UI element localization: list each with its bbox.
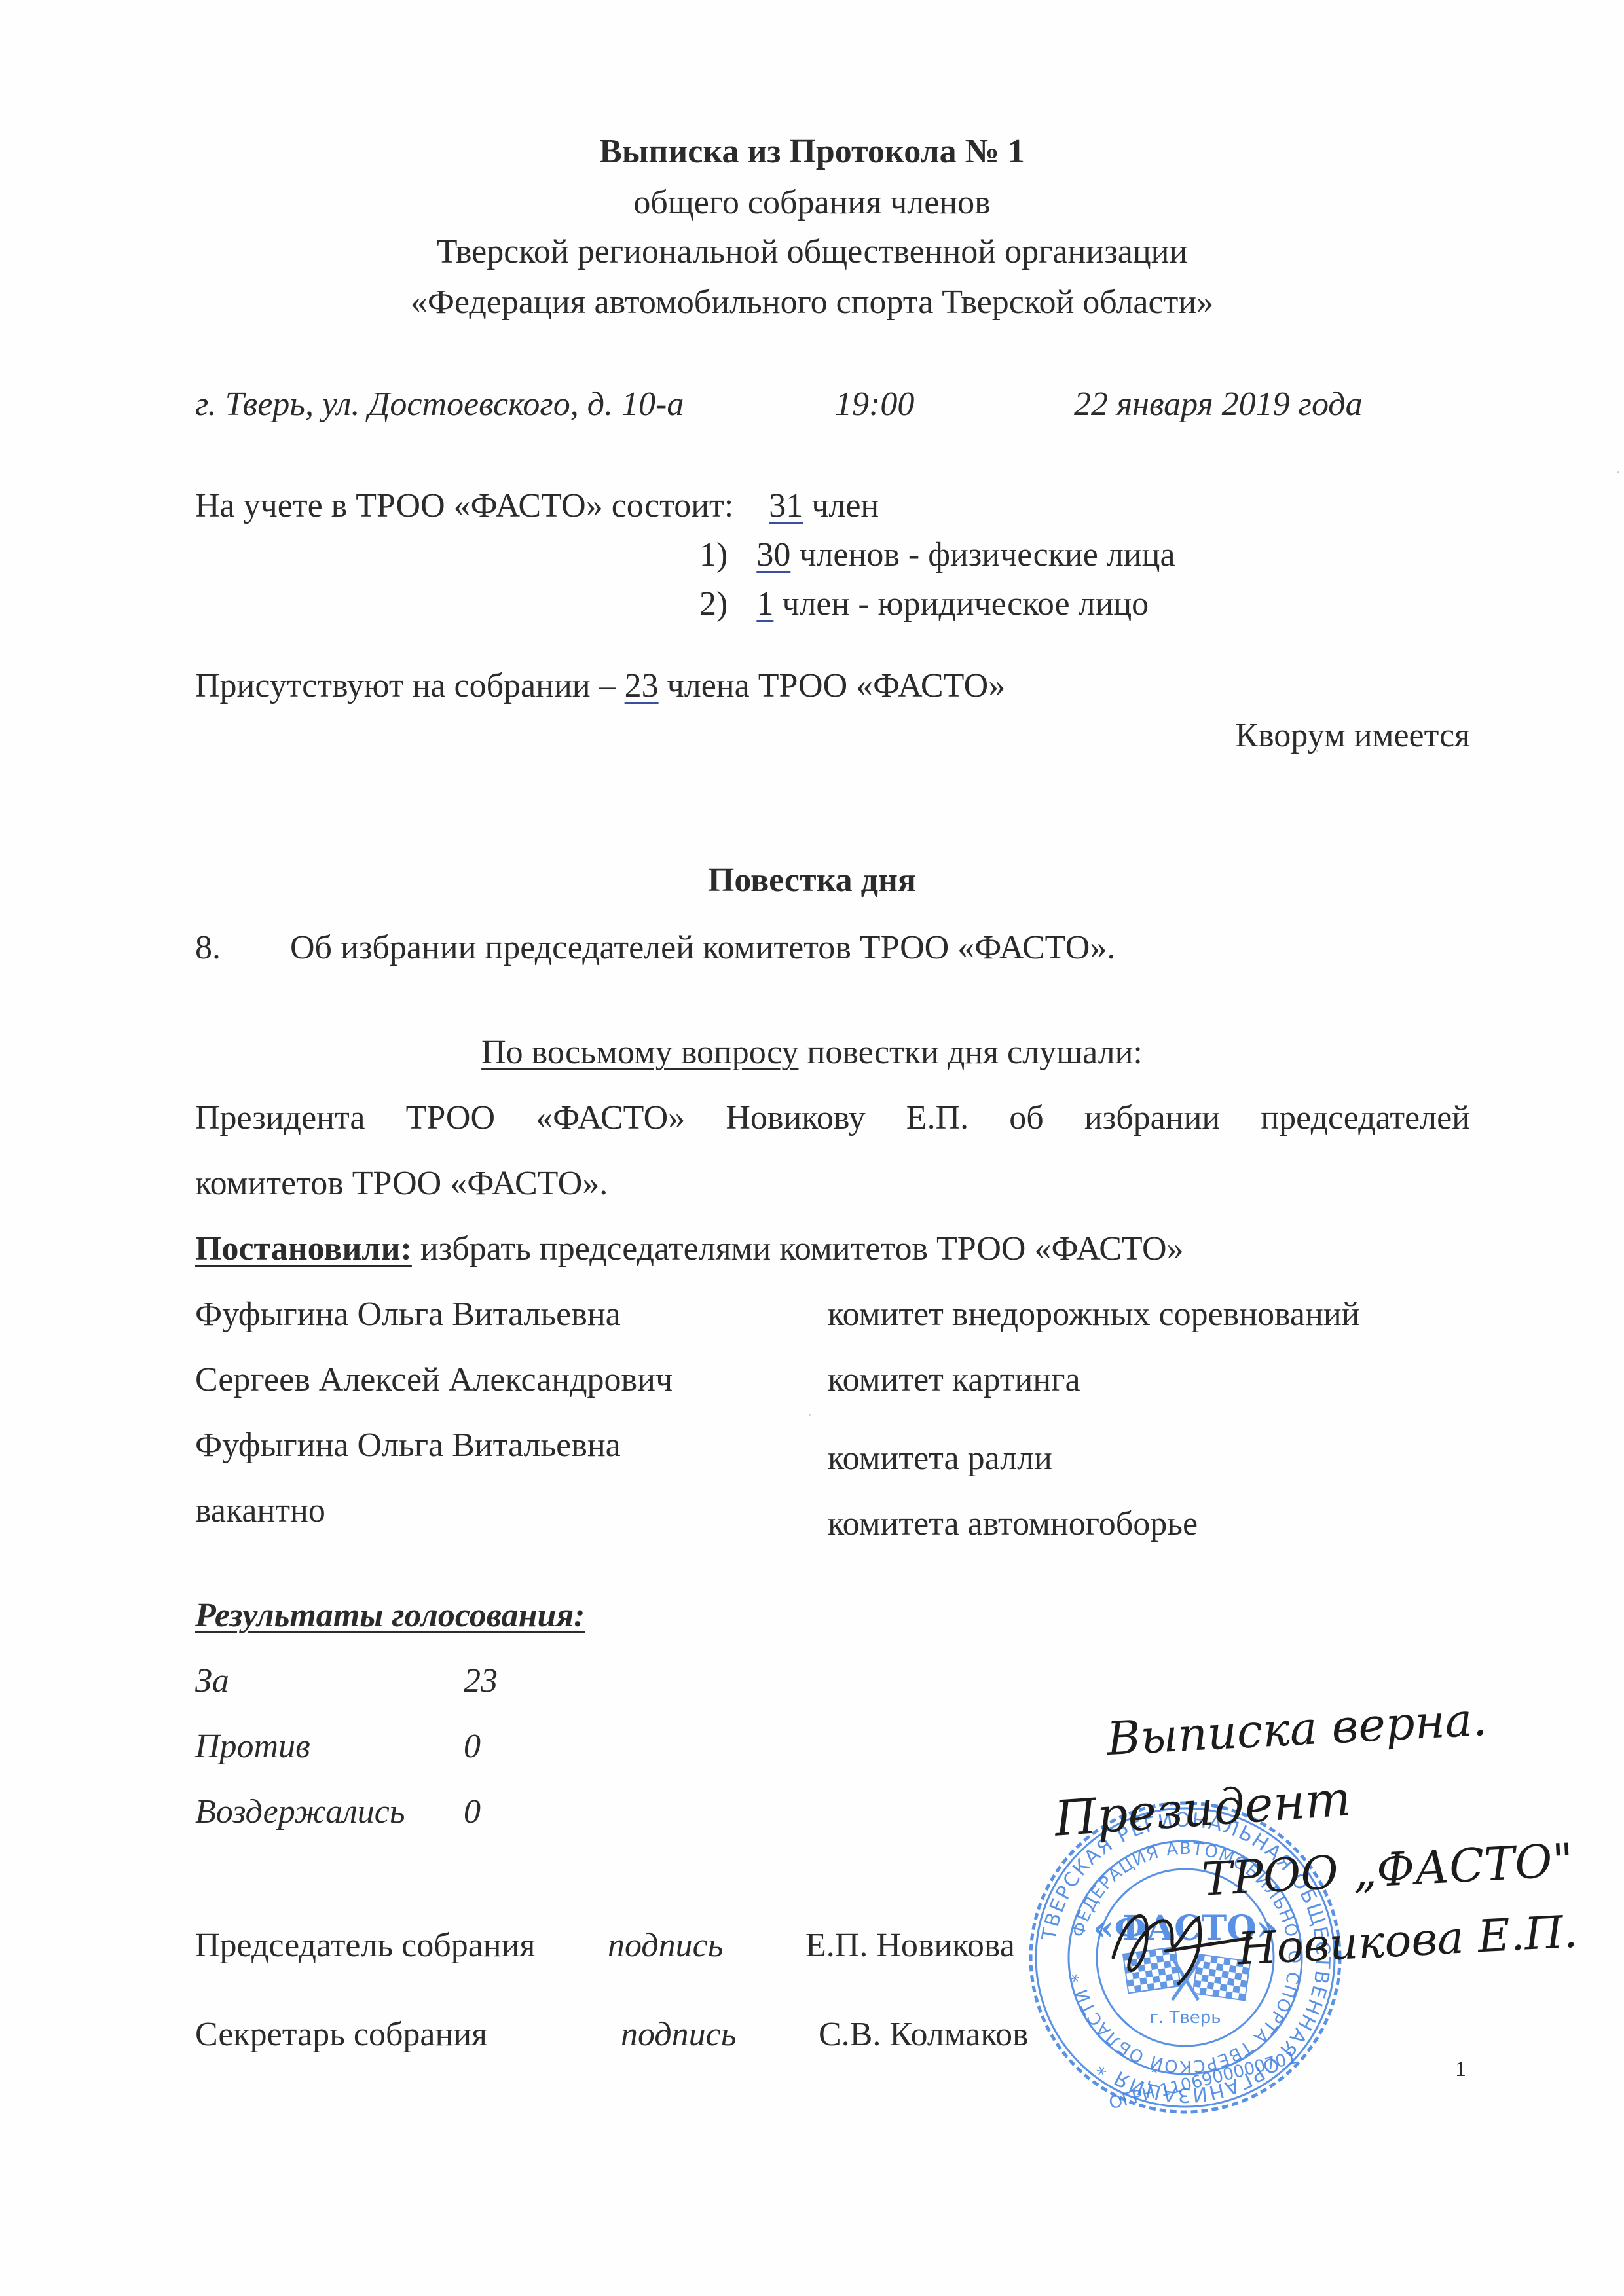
chair-name: Е.П. Новикова <box>805 1926 1015 1965</box>
quorum-status: Кворум имеется <box>1235 716 1470 756</box>
meeting-date: 22 января 2019 года <box>1074 385 1363 424</box>
present-suffix: члена ТРОО «ФАСТО» <box>667 667 1006 704</box>
hearing-paragraph-line-1: Президента ТРОО «ФАСТО» Новикову Е.П. об… <box>195 1099 1470 1138</box>
hearing-heading-underlined: По восьмому вопросу <box>481 1034 798 1071</box>
registered-prefix: На учете в ТРОО «ФАСТО» состоит: <box>195 487 733 524</box>
hearing-heading-rest: повестки дня слушали: <box>799 1034 1143 1071</box>
vote-value-abstained: 0 <box>464 1793 481 1832</box>
hearing-heading: По восьмому вопросу повестки дня слушали… <box>0 1033 1624 1072</box>
item-count: 30 <box>756 536 790 574</box>
item-number: 1) <box>699 536 728 574</box>
item-number: 2) <box>699 585 728 623</box>
document-title: Выписка из Протокола № 1 <box>0 132 1624 172</box>
membership-item-2: 2)1 член - юридическое лицо <box>699 585 1149 624</box>
agenda-item-number: 8. <box>195 928 221 968</box>
resolution-label: Постановили: <box>195 1230 412 1267</box>
appointee-committee: комитет внедорожных соревнований <box>828 1295 1360 1334</box>
vote-label-abstained: Воздержались <box>195 1793 405 1832</box>
meeting-time: 19:00 <box>835 385 914 424</box>
appointee-name: вакантно <box>195 1491 325 1531</box>
scan-artifact <box>1316 750 1318 752</box>
document-page: Выписка из Протокола № 1 общего собрания… <box>0 0 1624 2296</box>
signature-scribble-icon <box>1100 1886 1270 2003</box>
present-prefix: Присутствуют на собрании – <box>195 667 616 704</box>
vote-label-against: Против <box>195 1727 310 1766</box>
registered-count: 31 <box>769 487 803 524</box>
handwritten-certification: Выписка верна. <box>1105 1692 1488 1766</box>
membership-item-1: 1)30 членов - физические лица <box>699 536 1175 575</box>
vote-value-for: 23 <box>464 1662 498 1701</box>
scan-artifact <box>809 1414 811 1416</box>
chair-signature-placeholder: подпись <box>608 1926 723 1965</box>
registered-suffix: член <box>811 487 879 524</box>
item-count: 1 <box>756 585 773 623</box>
page-number: 1 <box>1455 2057 1466 2082</box>
secretary-role: Секретарь собрания <box>195 2015 487 2054</box>
vote-value-against: 0 <box>464 1727 481 1766</box>
agenda-heading: Повестка дня <box>0 861 1624 900</box>
appointee-name: Фуфыгина Ольга Витальевна <box>195 1295 621 1334</box>
hearing-paragraph-line-2: комитетов ТРОО «ФАСТО». <box>195 1164 608 1203</box>
secretary-name: С.В. Колмаков <box>819 2015 1029 2054</box>
appointee-name: Фуфыгина Ольга Витальевна <box>195 1426 621 1465</box>
resolution-text: избрать председателями комитетов ТРОО «Ф… <box>412 1230 1184 1267</box>
appointee-committee: комитета автомногоборье <box>828 1504 1198 1544</box>
appointee-committee: комитет картинга <box>828 1360 1080 1400</box>
agenda-item-text: Об избрании председателей комитетов ТРОО… <box>290 928 1115 968</box>
present-members: Присутствуют на собрании – 23 члена ТРОО… <box>195 666 1005 706</box>
subtitle-line-2: Тверской региональной общественной орган… <box>0 232 1624 272</box>
voting-heading: Результаты голосования: <box>195 1596 585 1635</box>
item-text: членов - физические лица <box>799 536 1175 574</box>
present-count: 23 <box>625 667 659 704</box>
appointee-committee: комитета ралли <box>828 1439 1052 1478</box>
scan-artifact <box>1617 471 1619 473</box>
item-text: член - юридическое лицо <box>782 585 1149 623</box>
subtitle-line-3: «Федерация автомобильного спорта Тверско… <box>0 283 1624 322</box>
chair-role: Председатель собрания <box>195 1926 535 1965</box>
resolution-line: Постановили: избрать председателями коми… <box>195 1230 1184 1269</box>
subtitle-line-1: общего собрания членов <box>0 183 1624 223</box>
secretary-signature-placeholder: подпись <box>621 2015 736 2054</box>
registered-members: На учете в ТРОО «ФАСТО» состоит:31 член <box>195 486 879 526</box>
meeting-address: г. Тверь, ул. Достоевского, д. 10-а <box>195 385 684 424</box>
appointee-name: Сергеев Алексей Александрович <box>195 1360 673 1400</box>
vote-label-for: За <box>195 1662 229 1701</box>
svg-text:г. Тверь: г. Тверь <box>1149 2008 1221 2028</box>
